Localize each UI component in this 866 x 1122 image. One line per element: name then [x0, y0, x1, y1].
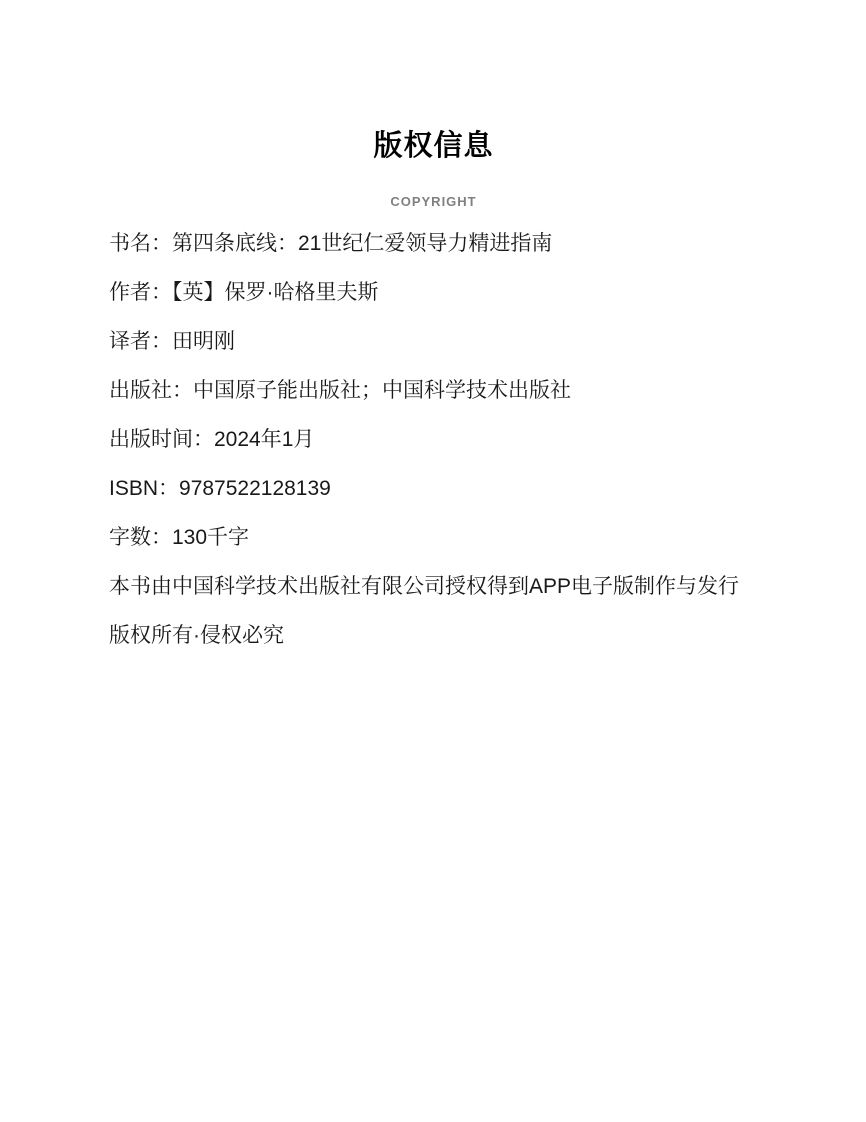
copyright-subtitle: COPYRIGHT — [109, 194, 758, 210]
publish-date-line: 出版时间：2024年1月 — [109, 429, 758, 451]
license-statement-line: 本书由中国科学技术出版社有限公司授权得到APP电子版制作与发行 — [109, 576, 758, 598]
word-count-line: 字数：130千字 — [109, 527, 758, 549]
publisher-line: 出版社：中国原子能出版社；中国科学技术出版社 — [109, 380, 758, 402]
page-title: 版权信息 — [109, 130, 758, 162]
translator-line: 译者：田明刚 — [109, 331, 758, 353]
book-title-line: 书名：第四条底线：21世纪仁爱领导力精进指南 — [109, 233, 758, 255]
rights-reserved-line: 版权所有·侵权必究 — [109, 625, 758, 647]
copyright-page: 版权信息 COPYRIGHT 书名：第四条底线：21世纪仁爱领导力精进指南 作者… — [0, 0, 866, 1122]
book-info: 书名：第四条底线：21世纪仁爱领导力精进指南 作者：【英】保罗·哈格里夫斯 译者… — [109, 233, 758, 647]
isbn-line: ISBN：9787522128139 — [109, 478, 758, 500]
author-line: 作者：【英】保罗·哈格里夫斯 — [109, 282, 758, 304]
